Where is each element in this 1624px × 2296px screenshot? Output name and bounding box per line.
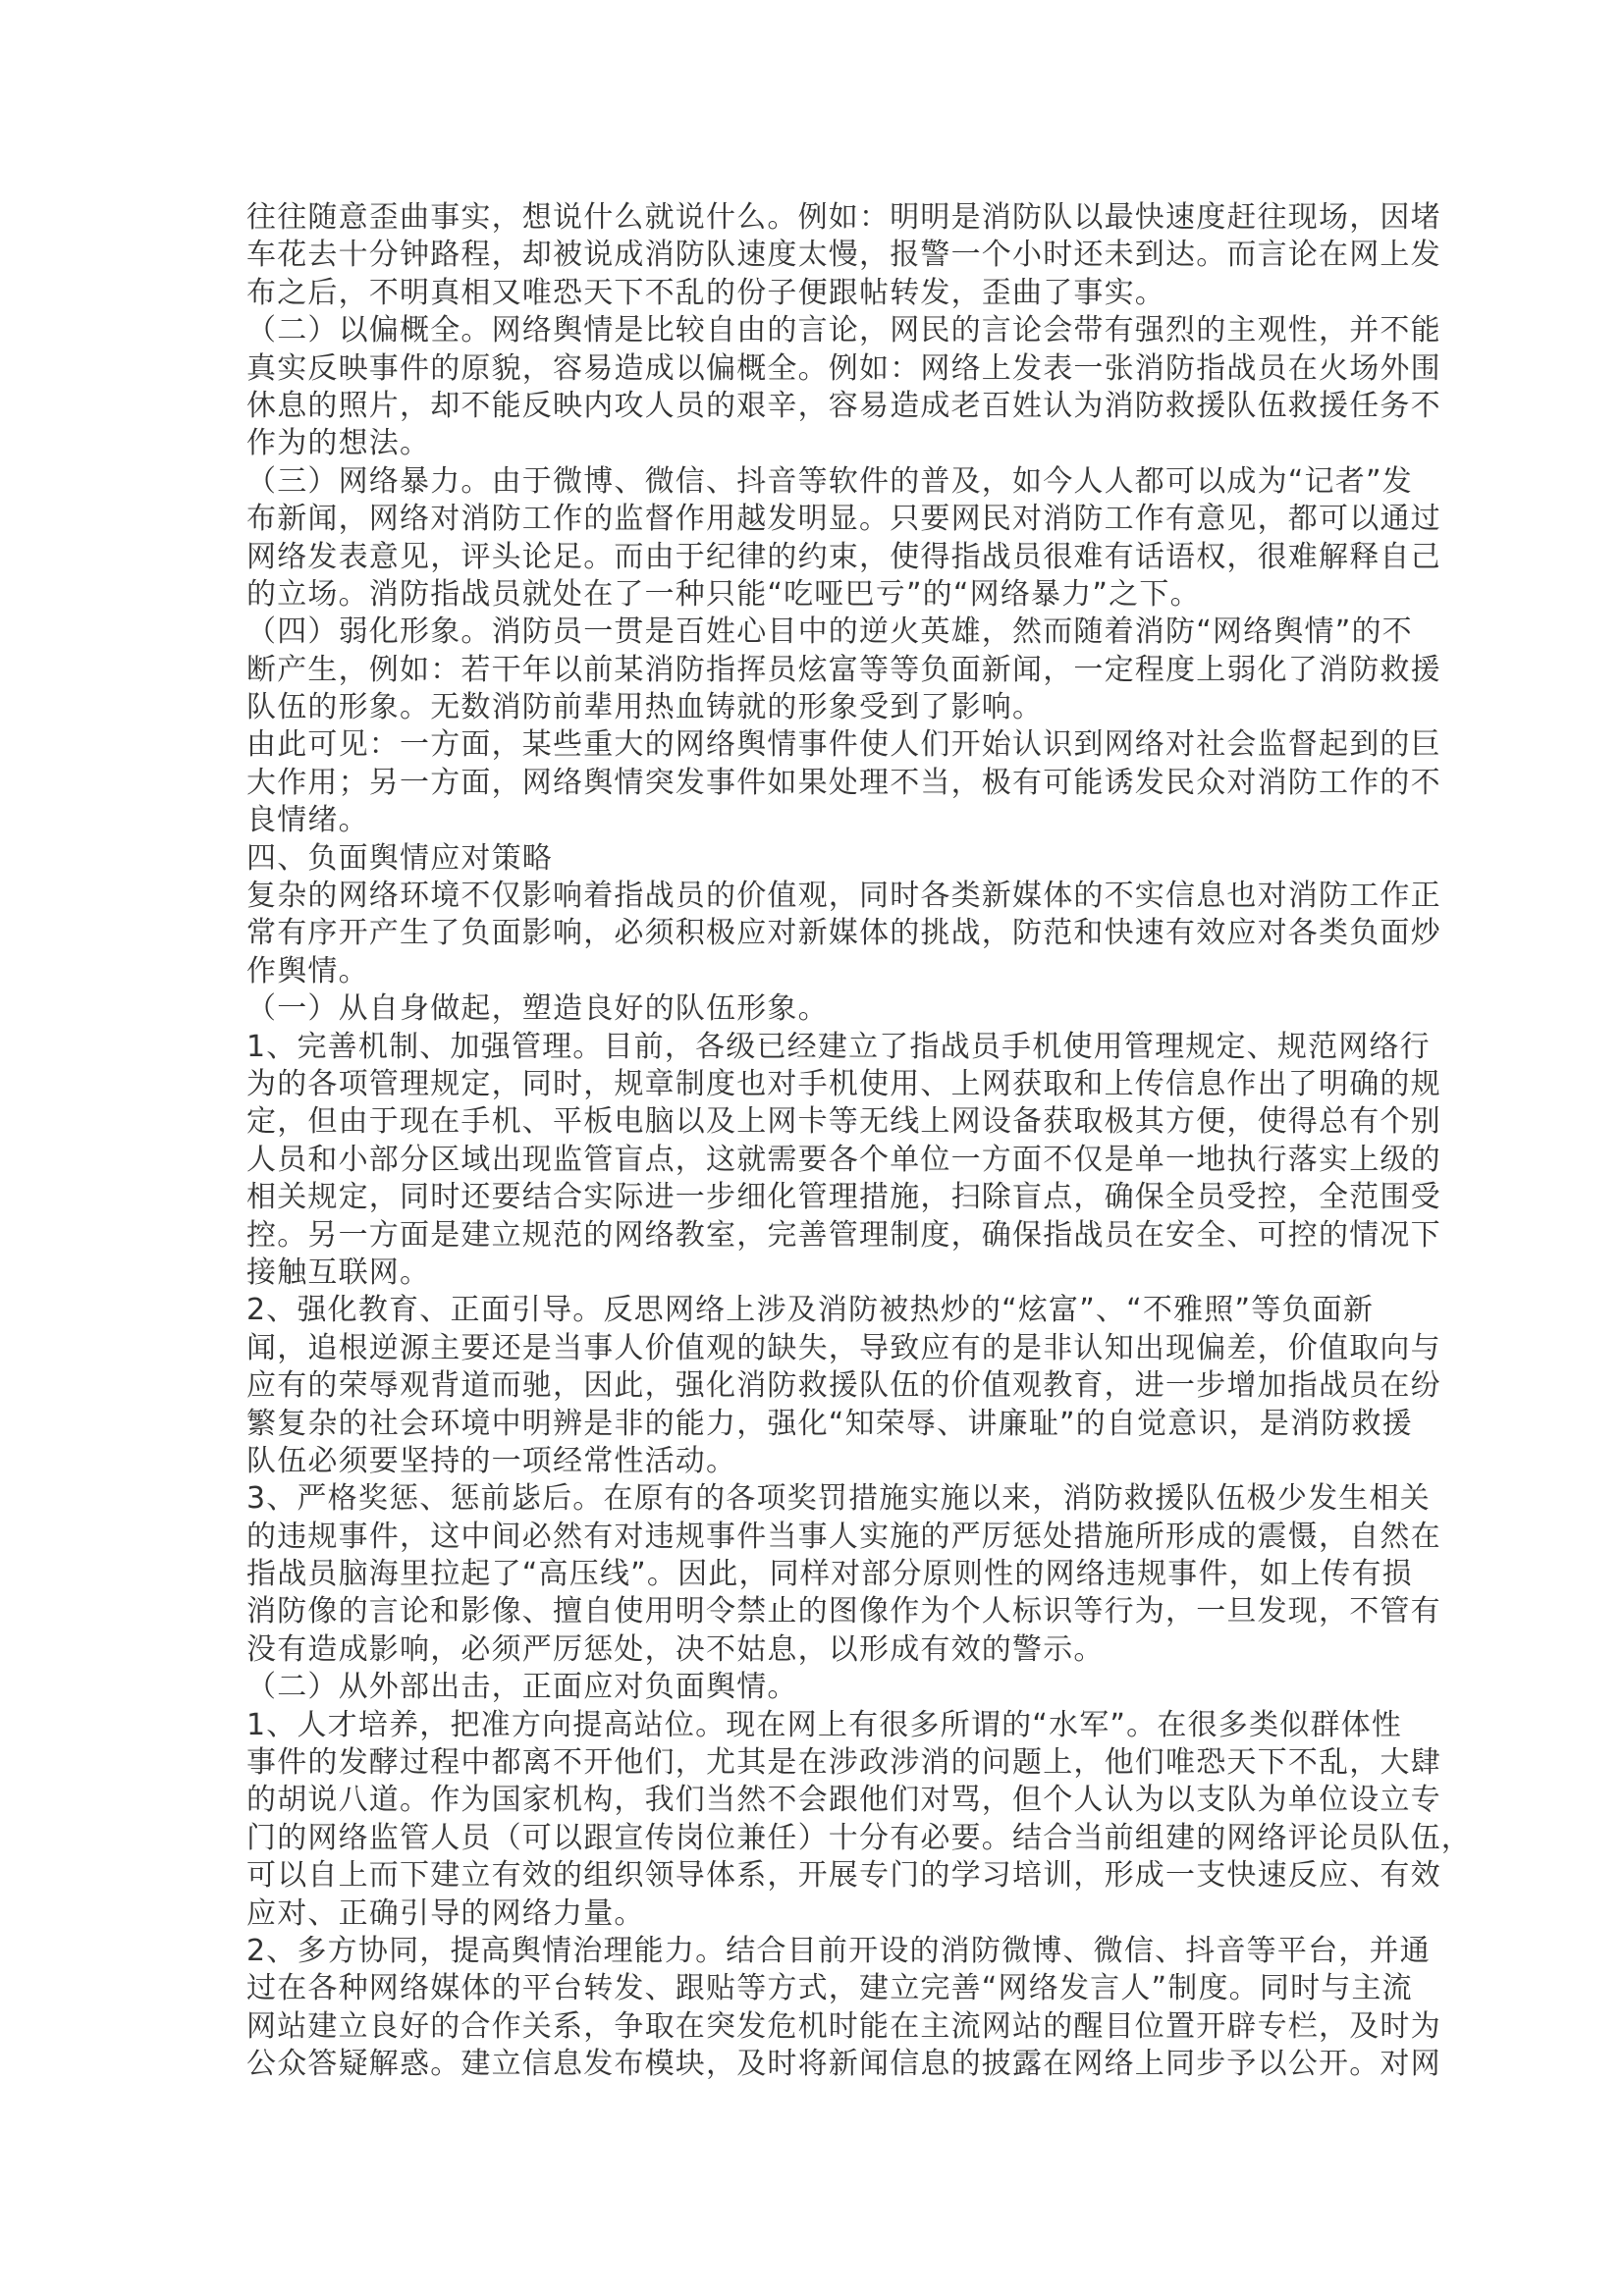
text-line: 的违规事件，这中间必然有对违规事件当事人实施的严厉惩处措施所形成的震慑，自然在 xyxy=(246,1519,1376,1556)
paragraph-body-1: 往往随意歪曲事实，想说什么就说什么。例如：明明是消防队以最快速度赶往现场，因堵 … xyxy=(246,199,1376,312)
text-line: 定，但由于现在手机、平板电脑以及上网卡等无线上网设备获取极其方便，使得总有个别 xyxy=(246,1103,1376,1141)
text-line: 1、人才培养，把准方向提高站位。现在网上有很多所谓的“水军”。在很多类似群体性 xyxy=(246,1707,1376,1744)
text-line: 队伍必须要坚持的一项经常性活动。 xyxy=(246,1443,1376,1480)
text-line: 良情绪。 xyxy=(246,802,1376,839)
subpoint-generalization: （二）以偏概全。网络舆情是比较自由的言论，网民的言论会带有强烈的主观性，并不能 … xyxy=(246,312,1376,463)
text-line: 的胡说八道。作为国家机构，我们当然不会跟他们对骂，但个人认为以支队为单位设立专 xyxy=(246,1782,1376,1819)
text-line: 可以自上而下建立有效的组织领导体系，开展专门的学习培训，形成一支快速反应、有效 xyxy=(246,1857,1376,1895)
text-line: 真实反映事件的原貌，容易造成以偏概全。例如：网络上发表一张消防指战员在火场外围 xyxy=(246,350,1376,388)
text-line: 人员和小部分区域出现监管盲点，这就需要各个单位一方面不仅是单一地执行落实上级的 xyxy=(246,1142,1376,1179)
text-line: （二）以偏概全。网络舆情是比较自由的言论，网民的言论会带有强烈的主观性，并不能 xyxy=(246,312,1376,349)
text-line: （三）网络暴力。由于微博、微信、抖音等软件的普及，如今人人都可以成为“记者”发 xyxy=(246,463,1376,501)
text-line: 消防像的言论和影像、擅自使用明令禁止的图像作为个人标识等行为，一旦发现，不管有 xyxy=(246,1593,1376,1630)
text-line: 复杂的网络环境不仅影响着指战员的价值观，同时各类新媒体的不实信息也对消防工作正 xyxy=(246,878,1376,915)
paragraph-intro-strategies: 复杂的网络环境不仅影响着指战员的价值观，同时各类新媒体的不实信息也对消防工作正 … xyxy=(246,878,1376,990)
subheading-external: （二）从外部出击，正面应对负面舆情。 xyxy=(246,1669,1376,1706)
subheading: （一）从自身做起，塑造良好的队伍形象。 xyxy=(246,990,1376,1028)
text-line: 常有序开产生了负面影响，必须积极应对新媒体的挑战，防范和快速有效应对各类负面炒 xyxy=(246,915,1376,952)
text-line: 布新闻，网络对消防工作的监督作用越发明显。只要网民对消防工作有意见，都可以通过 xyxy=(246,501,1376,538)
text-line: 网站建立良好的合作关系，争取在突发危机时能在主流网站的醒目位置开辟专栏，及时为 xyxy=(246,2008,1376,2046)
text-line: 1、完善机制、加强管理。目前，各级已经建立了指战员手机使用管理规定、规范网络行 xyxy=(246,1029,1376,1066)
text-line: 作舆情。 xyxy=(246,953,1376,990)
text-line: 3、严格奖惩、惩前毖后。在原有的各项奖罚措施实施以来，消防救援队伍极少发生相关 xyxy=(246,1480,1376,1518)
text-line: 2、强化教育、正面引导。反思网络上涉及消防被热炒的“炫富”、“不雅照”等负面新 xyxy=(246,1292,1376,1329)
text-line: 应有的荣辱观背道而驰，因此，强化消防救援队伍的价值观教育，进一步增加指战员在纷 xyxy=(246,1367,1376,1405)
item-rewards-punishments: 3、严格奖惩、惩前毖后。在原有的各项奖罚措施实施以来，消防救援队伍极少发生相关 … xyxy=(246,1480,1376,1669)
subheading: （二）从外部出击，正面应对负面舆情。 xyxy=(246,1669,1376,1706)
text-line: 大作用；另一方面，网络舆情突发事件如果处理不当，极有可能诱发民众对消防工作的不 xyxy=(246,765,1376,802)
text-line: 公众答疑解惑。建立信息发布模块，及时将新闻信息的披露在网络上同步予以公开。对网 xyxy=(246,2046,1376,2083)
subpoint-weakened-image: （四）弱化形象。消防员一贯是百姓心目中的逆火英雄，然而随着消防“网络舆情”的不 … xyxy=(246,614,1376,726)
text-line: 事件的发酵过程中都离不开他们，尤其是在涉政涉消的问题上，他们唯恐天下不乱，大肆 xyxy=(246,1744,1376,1782)
text-line: 门的网络监管人员（可以跟宣传岗位兼任）十分有必要。结合当前组建的网络评论员队伍， xyxy=(246,1820,1376,1857)
text-line: 的立场。消防指战员就处在了一种只能“吃哑巴亏”的“网络暴力”之下。 xyxy=(246,576,1376,614)
item-talent-training: 1、人才培养，把准方向提高站位。现在网上有很多所谓的“水军”。在很多类似群体性 … xyxy=(246,1707,1376,1933)
text-line: 2、多方协同，提高舆情治理能力。结合目前开设的消防微博、微信、抖音等平台，并通 xyxy=(246,1933,1376,1970)
paragraph-conclusion: 由此可见：一方面，某些重大的网络舆情事件使人们开始认识到网络对社会监督起到的巨 … xyxy=(246,726,1376,839)
document-page: 往往随意歪曲事实，想说什么就说什么。例如：明明是消防队以最快速度赶往现场，因堵 … xyxy=(246,199,1376,2084)
text-line: 过在各种网络媒体的平台转发、跟贴等方式，建立完善“网络发言人”制度。同时与主流 xyxy=(246,1970,1376,2007)
text-line: 作为的想法。 xyxy=(246,425,1376,462)
text-line: 没有造成影响，必须严厉惩处，决不姑息，以形成有效的警示。 xyxy=(246,1631,1376,1669)
item-multi-party-coordination: 2、多方协同，提高舆情治理能力。结合目前开设的消防微博、微信、抖音等平台，并通 … xyxy=(246,1933,1376,2084)
text-line: 繁复杂的社会环境中明辨是非的能力，强化“知荣辱、讲廉耻”的自觉意识，是消防救援 xyxy=(246,1406,1376,1443)
text-line: 断产生，例如：若干年以前某消防指挥员炫富等等负面新闻，一定程度上弱化了消防救援 xyxy=(246,652,1376,689)
section-heading-strategies: 四、负面舆情应对策略 xyxy=(246,840,1376,878)
text-line: 控。另一方面是建立规范的网络教室，完善管理制度，确保指战员在安全、可控的情况下 xyxy=(246,1217,1376,1255)
item-mechanism-management: 1、完善机制、加强管理。目前，各级已经建立了指战员手机使用管理规定、规范网络行 … xyxy=(246,1029,1376,1293)
subheading-internal: （一）从自身做起，塑造良好的队伍形象。 xyxy=(246,990,1376,1028)
text-line: 网络发表意见，评头论足。而由于纪律的约束，使得指战员很难有话语权，很难解释自己 xyxy=(246,539,1376,576)
text-line: 由此可见：一方面，某些重大的网络舆情事件使人们开始认识到网络对社会监督起到的巨 xyxy=(246,726,1376,764)
text-line: 闻，追根逆源主要还是当事人价值观的缺失，导致应有的是非认知出现偏差，价值取向与 xyxy=(246,1330,1376,1367)
text-line: （四）弱化形象。消防员一贯是百姓心目中的逆火英雄，然而随着消防“网络舆情”的不 xyxy=(246,614,1376,651)
subpoint-cyber-violence: （三）网络暴力。由于微博、微信、抖音等软件的普及，如今人人都可以成为“记者”发 … xyxy=(246,463,1376,614)
text-line: 车花去十分钟路程，却被说成消防队速度太慢，报警一个小时还未到达。而言论在网上发 xyxy=(246,237,1376,274)
text-line: 为的各项管理规定，同时，规章制度也对手机使用、上网获取和上传信息作出了明确的规 xyxy=(246,1066,1376,1103)
text-line: 休息的照片，却不能反映内攻人员的艰辛，容易造成老百姓认为消防救援队伍救援任务不 xyxy=(246,388,1376,425)
text-line: 应对、正确引导的网络力量。 xyxy=(246,1896,1376,1933)
item-education-guidance: 2、强化教育、正面引导。反思网络上涉及消防被热炒的“炫富”、“不雅照”等负面新 … xyxy=(246,1292,1376,1480)
text-line: 布之后，不明真相又唯恐天下不乱的份子便跟帖转发，歪曲了事实。 xyxy=(246,275,1376,312)
text-line: 队伍的形象。无数消防前辈用热血铸就的形象受到了影响。 xyxy=(246,689,1376,726)
text-line: 往往随意歪曲事实，想说什么就说什么。例如：明明是消防队以最快速度赶往现场，因堵 xyxy=(246,199,1376,237)
section-heading: 四、负面舆情应对策略 xyxy=(246,840,1376,878)
text-line: 接触互联网。 xyxy=(246,1255,1376,1292)
text-line: 指战员脑海里拉起了“高压线”。因此，同样对部分原则性的网络违规事件，如上传有损 xyxy=(246,1556,1376,1593)
text-line: 相关规定，同时还要结合实际进一步细化管理措施，扫除盲点，确保全员受控，全范围受 xyxy=(246,1179,1376,1216)
